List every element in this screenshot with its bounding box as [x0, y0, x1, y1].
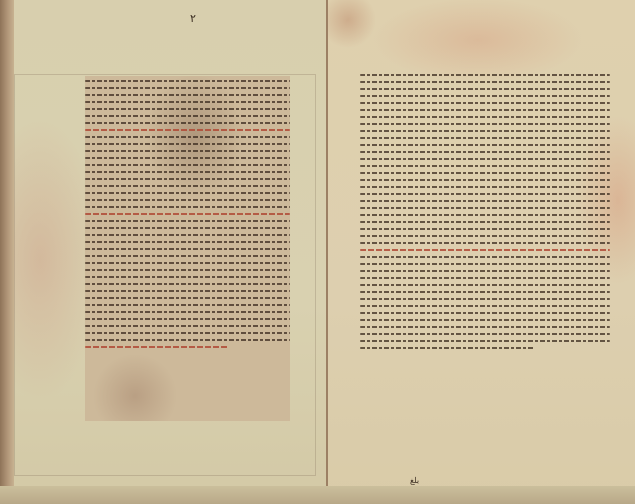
- text-line: [85, 318, 290, 320]
- text-line: [360, 298, 610, 300]
- text-line: [360, 263, 610, 265]
- text-line: [360, 88, 610, 90]
- text-line: [85, 129, 290, 131]
- text-line: [85, 136, 290, 138]
- text-line: [360, 172, 610, 174]
- text-line: [360, 109, 610, 111]
- text-line: [360, 130, 610, 132]
- text-line: [360, 81, 610, 83]
- text-line: [85, 108, 290, 110]
- text-line: [85, 185, 290, 187]
- bottom-edge: [0, 486, 635, 504]
- marginal-note: بلغ: [410, 476, 419, 485]
- text-line: [85, 241, 290, 243]
- text-line: [360, 200, 610, 202]
- book-edge: [0, 0, 14, 504]
- text-line: [360, 305, 610, 307]
- text-line: [85, 122, 290, 124]
- text-line: [85, 171, 290, 173]
- text-line: [85, 178, 290, 180]
- text-line: [360, 151, 610, 153]
- text-line: [85, 80, 290, 82]
- text-line: [85, 290, 290, 292]
- text-line: [360, 186, 610, 188]
- right-text-block: [360, 70, 610, 440]
- text-line: [85, 332, 290, 334]
- text-line: [85, 297, 290, 299]
- text-line: [360, 291, 610, 293]
- text-line: [85, 94, 290, 96]
- text-line: [360, 158, 610, 160]
- text-line: [360, 340, 610, 342]
- text-line: [85, 262, 290, 264]
- text-line: [85, 325, 290, 327]
- text-line: [360, 284, 610, 286]
- text-line: [85, 206, 290, 208]
- text-line: [85, 283, 290, 285]
- text-line: [360, 179, 610, 181]
- text-line: [85, 248, 290, 250]
- text-line: [85, 269, 290, 271]
- text-line: [85, 227, 290, 229]
- text-line: [85, 192, 290, 194]
- text-line: [360, 319, 610, 321]
- text-line: [360, 242, 610, 244]
- text-line: [360, 270, 610, 272]
- text-line: [360, 137, 610, 139]
- text-line: [360, 123, 610, 125]
- text-line: [85, 143, 290, 145]
- text-line: [360, 214, 610, 216]
- text-line: [85, 276, 290, 278]
- text-line: [360, 207, 610, 209]
- text-line: [85, 164, 290, 166]
- text-line: [360, 333, 610, 335]
- text-line: [360, 347, 535, 349]
- text-line: [85, 213, 290, 215]
- text-line: [85, 157, 290, 159]
- text-line: [85, 339, 290, 341]
- text-line: [85, 115, 290, 117]
- text-line: [360, 249, 610, 251]
- text-line: [85, 220, 290, 222]
- text-line: [85, 101, 290, 103]
- text-line: [85, 255, 290, 257]
- text-line: [85, 199, 290, 201]
- text-line: [360, 326, 610, 328]
- page-number: ٢: [190, 12, 196, 25]
- text-line: [360, 235, 610, 237]
- text-line: [85, 346, 229, 348]
- left-page: ٢: [0, 0, 328, 504]
- text-line: [85, 150, 290, 152]
- text-line: [360, 277, 610, 279]
- text-line: [360, 193, 610, 195]
- text-line: [85, 234, 290, 236]
- text-line: [360, 95, 610, 97]
- text-line: [360, 221, 610, 223]
- manuscript-spread: ٢ بلغ: [0, 0, 635, 504]
- text-line: [360, 144, 610, 146]
- text-line: [85, 87, 290, 89]
- text-line: [85, 311, 290, 313]
- right-page: [328, 0, 635, 504]
- text-line: [360, 74, 610, 76]
- left-text-block: [85, 76, 290, 421]
- text-line: [85, 304, 290, 306]
- text-line: [360, 256, 610, 258]
- text-line: [360, 165, 610, 167]
- text-line: [360, 312, 610, 314]
- text-line: [360, 102, 610, 104]
- text-line: [360, 228, 610, 230]
- text-line: [360, 116, 610, 118]
